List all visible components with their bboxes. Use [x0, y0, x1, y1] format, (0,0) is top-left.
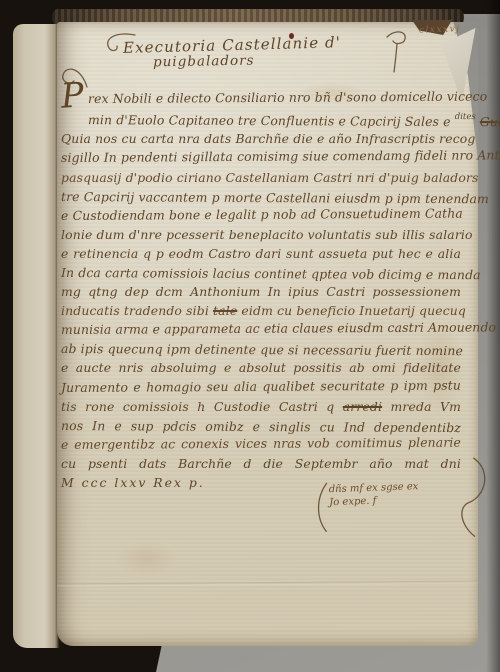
- right-edge-shadow: [486, 0, 500, 672]
- manuscript-line: mg qtng dep dcm Anthonium In ipius Castr…: [61, 282, 461, 301]
- manuscript-page: clxxxvj Executoria Castellanie d' puigba…: [57, 22, 478, 646]
- heading-line-2: puigbaladors: [153, 50, 423, 71]
- fold-crease: [57, 581, 478, 587]
- bracket-flourish-right-icon: [385, 27, 411, 75]
- manuscript-line: e aucte nris absoluimg e absolut possiti…: [61, 358, 461, 377]
- manuscript-text: P rex Nobili e dilecto Consiliario nro b…: [61, 89, 461, 492]
- manuscript-line: lonie dum d'nre pcesserit beneplacito vo…: [61, 225, 461, 244]
- manuscript-line: In dca carta comissiois lacius continet …: [61, 263, 461, 284]
- manuscript-line: e emergentibz ac conexis vices nras vob …: [61, 432, 461, 454]
- manuscript-line: sigillo In pendenti sigillata comisimg s…: [61, 146, 461, 168]
- initial-flourish-icon: [59, 63, 89, 89]
- folio-number: clxxxvj: [419, 24, 461, 35]
- manuscript-line: e Custodiendam bone e legalit p nob ad C…: [61, 203, 461, 225]
- manuscript-line: ab ipis quecunq ipm detinente que si nec…: [61, 339, 461, 360]
- chancery-flourish-icon: [446, 456, 493, 541]
- adjacent-page-edge: [13, 24, 59, 648]
- document-heading: Executoria Castellanie d' puigbaladors: [123, 35, 423, 68]
- manuscript-line: min d'Euolo Capitaneo tre Confluentis e …: [88, 108, 461, 131]
- manuscript-line: cu psenti dats Barchñe d die Septembr añ…: [61, 454, 461, 473]
- chancery-note: dñs mf ex sgse ex Jo expe. f: [329, 479, 460, 510]
- manuscript-line: tis rone comissiois h Custodie Castri q …: [61, 397, 461, 416]
- manuscript-line: e retinencia q p eodm Castro dari sunt a…: [61, 244, 461, 263]
- manuscript-line: munisia arma e apparameta ac etia claues…: [61, 318, 461, 340]
- chancery-bracket-icon: [313, 481, 331, 534]
- manuscript-line: Juramento e homagio seu alia qualibet se…: [61, 375, 461, 397]
- photo-stage: clxxxvj Executoria Castellanie d' puigba…: [0, 0, 500, 672]
- manuscript-line: pasquasij d'podio ciriano Castellaniam C…: [61, 168, 461, 187]
- manuscript-line: rex Nobili e dilecto Consiliario nro bñ …: [88, 87, 461, 108]
- stain: [117, 542, 177, 576]
